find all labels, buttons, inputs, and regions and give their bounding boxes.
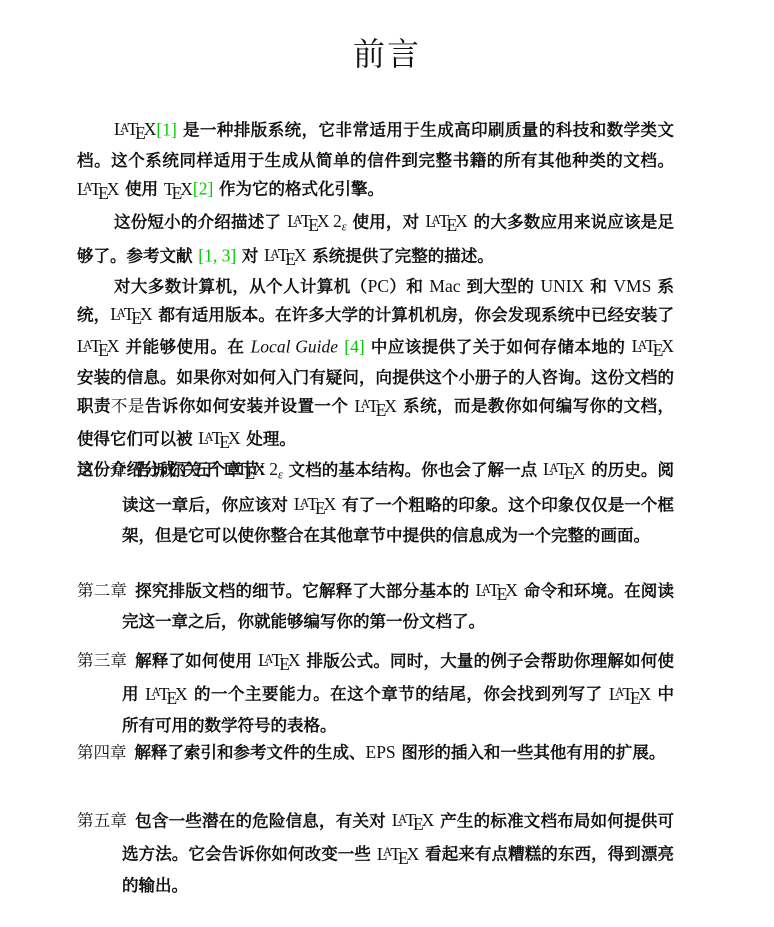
text-run: 和 bbox=[584, 277, 613, 296]
logo-e: E bbox=[279, 654, 290, 674]
paragraph-intro: LATEX[1] 是一种排版系统，它非常适用于生成高印刷质量的科技和数学类文档。… bbox=[77, 115, 674, 207]
logo-e: E bbox=[308, 215, 319, 235]
logo-e: E bbox=[630, 688, 641, 708]
logo-e: E bbox=[98, 183, 109, 203]
latex-logo: LATEX bbox=[475, 580, 517, 600]
logo-a: A bbox=[230, 461, 239, 475]
citation-link[interactable]: [1] bbox=[156, 119, 176, 139]
latex-logo: LATEX bbox=[392, 810, 434, 830]
citation-link[interactable]: [4] bbox=[344, 336, 364, 356]
logo-a: A bbox=[300, 496, 309, 510]
latin-term: EPS bbox=[366, 742, 396, 762]
logo-e: E bbox=[135, 123, 146, 143]
latin-term: UNIX bbox=[540, 276, 584, 296]
latex-logo: LATEX bbox=[377, 844, 419, 864]
logo-a: A bbox=[264, 652, 273, 666]
logo-e: E bbox=[98, 340, 109, 360]
logo-e: E bbox=[376, 400, 387, 420]
logo-a: A bbox=[549, 461, 558, 475]
chapter-label: 第五章 bbox=[77, 811, 127, 830]
text-run: 作为它的格式化引擎。 bbox=[213, 180, 384, 199]
citation-link[interactable]: [2] bbox=[193, 179, 213, 199]
text-run: ）和 bbox=[389, 277, 429, 296]
paragraph-availability: 对大多数计算机，从个人计算机（PC）和 Mac 到大型的 UNIX 和 VMS … bbox=[77, 273, 674, 456]
logo-a: A bbox=[432, 213, 441, 227]
latex-logo: LATEX bbox=[425, 211, 467, 231]
chapter-item-1: 第一章告诉你关于 LATEX 2ε 文档的基本结构。你也会了解一点 LATEX … bbox=[77, 454, 674, 550]
text-run: 到大型的 bbox=[461, 277, 541, 296]
text-run: 处理。 bbox=[241, 429, 296, 448]
latex-logo: LATEX bbox=[77, 179, 119, 199]
logo-e: E bbox=[497, 584, 508, 604]
latin-term: PC bbox=[368, 276, 389, 296]
latex-logo: LATEX bbox=[110, 304, 152, 324]
logo-e: E bbox=[653, 340, 664, 360]
text-run: 的一个主要能力。在这个章节的结尾，你会找到列写了 bbox=[188, 685, 609, 704]
logo-a: A bbox=[398, 812, 407, 826]
latex-logo: LATEX bbox=[355, 396, 397, 416]
citation-link[interactable]: [1, 3] bbox=[198, 245, 236, 265]
logo-e: E bbox=[131, 308, 142, 328]
logo-e: E bbox=[166, 688, 177, 708]
emphasis-title: Local Guide bbox=[251, 336, 338, 356]
chapter-item-2: 第二章探究排版文档的细节。它解释了大部分基本的 LATEX 命令和环境。在阅读完… bbox=[77, 575, 674, 636]
logo-a: A bbox=[116, 306, 125, 320]
text-run: 告诉你关于 bbox=[135, 460, 224, 479]
logo-e: E bbox=[446, 215, 457, 235]
logo-a: A bbox=[482, 582, 491, 596]
latex-logo: LATEX bbox=[264, 245, 306, 265]
logo-a: A bbox=[204, 430, 213, 444]
chapter-label: 第三章 bbox=[77, 651, 127, 670]
text-run: 解释了如何使用 bbox=[135, 651, 258, 670]
logo-a: A bbox=[83, 180, 92, 194]
logo-e: E bbox=[564, 463, 575, 483]
text-run: 这份短小的介绍描述了 bbox=[114, 212, 287, 231]
logo-a: A bbox=[361, 397, 370, 411]
text-run: 文档的基本结构。你也会了解一点 bbox=[283, 460, 543, 479]
latex-logo: LATEX bbox=[258, 650, 300, 670]
logo-a: A bbox=[270, 247, 279, 261]
text-run: 告诉你如何安装并设置一个 bbox=[145, 397, 355, 416]
latex-logo: LATEX bbox=[145, 684, 187, 704]
latex-logo: LATEX bbox=[609, 684, 651, 704]
latex-logo: LATEX bbox=[77, 336, 119, 356]
latex-logo: LATEX bbox=[632, 336, 674, 356]
logo-e: E bbox=[413, 814, 424, 834]
logo-a: A bbox=[293, 213, 302, 227]
paragraph-scope: 这份短小的介绍描述了 LATEX 2ε 使用，对 LATEX 的大多数应用来说应… bbox=[77, 207, 674, 273]
text-run: 中应该提供了关于如何存储本地的 bbox=[365, 337, 632, 356]
text-run: 包含一些潜在的危险信息，有关对 bbox=[135, 811, 392, 830]
tex-logo: TEX bbox=[164, 179, 193, 199]
chapter-item-3: 第三章解释了如何使用 LATEX 排版公式。同时，大量的例子会帮助你理解如何使用… bbox=[77, 645, 674, 740]
latex-logo: LATEX 2ε bbox=[287, 211, 346, 231]
emphasis-text: 不是 bbox=[111, 397, 145, 416]
chapter-item-4: 第四章解释了索引和参考文件的生成、EPS 图形的插入和一些其他有用的扩展。 bbox=[77, 738, 674, 767]
text-run: 对大多数计算机，从个人计算机（ bbox=[114, 277, 368, 296]
logo-a: A bbox=[383, 845, 392, 859]
latin-term: VMS bbox=[613, 276, 651, 296]
latex-logo: LATEX bbox=[114, 119, 156, 139]
logo-e: E bbox=[245, 463, 256, 483]
text-run: 系统提供了完整的描述。 bbox=[307, 246, 494, 265]
logo-a: A bbox=[151, 685, 160, 699]
logo-e: E bbox=[285, 249, 296, 269]
latex-logo: LATEX bbox=[198, 428, 240, 448]
logo-a: A bbox=[83, 338, 92, 352]
text-run: 解释了索引和参考文件的生成、 bbox=[135, 743, 366, 762]
text-run: 并能够使用。在 bbox=[119, 337, 250, 356]
chapter-label: 第四章 bbox=[77, 743, 127, 762]
latex-logo: LATEX 2ε bbox=[223, 459, 282, 479]
chapter-label: 第二章 bbox=[77, 581, 127, 600]
logo-a: A bbox=[615, 685, 624, 699]
preface-body: LATEX[1] 是一种排版系统，它非常适用于生成高印刷质量的科技和数学类文档。… bbox=[77, 115, 674, 483]
text-run: 探究排版文档的细节。它解释了大部分基本的 bbox=[135, 581, 475, 600]
logo-e: E bbox=[172, 183, 183, 203]
logo-e: E bbox=[398, 848, 409, 868]
logo-e: E bbox=[315, 498, 326, 518]
text-run: 使用，对 bbox=[347, 212, 426, 231]
logo-a: A bbox=[638, 338, 647, 352]
chapter-item-5: 第五章包含一些潜在的危险信息，有关对 LATEX 产生的标准文档布局如何提供可选… bbox=[77, 805, 674, 900]
latin-term: Mac bbox=[429, 276, 460, 296]
text-run: 使用 bbox=[119, 180, 164, 199]
chapter-label: 第一章 bbox=[77, 460, 127, 479]
page-title: 前言 bbox=[0, 29, 774, 75]
text-run: 对 bbox=[236, 246, 264, 265]
logo-e: E bbox=[219, 432, 230, 452]
latex-logo: LATEX bbox=[294, 494, 336, 514]
latex-logo: LATEX bbox=[543, 459, 585, 479]
logo-a: A bbox=[120, 121, 129, 135]
text-run: 都有适用版本。在许多大学的计算机机房，你会发现系统中已经安装了 bbox=[153, 305, 674, 324]
text-run: 图形的插入和一些其他有用的扩展。 bbox=[396, 743, 666, 762]
